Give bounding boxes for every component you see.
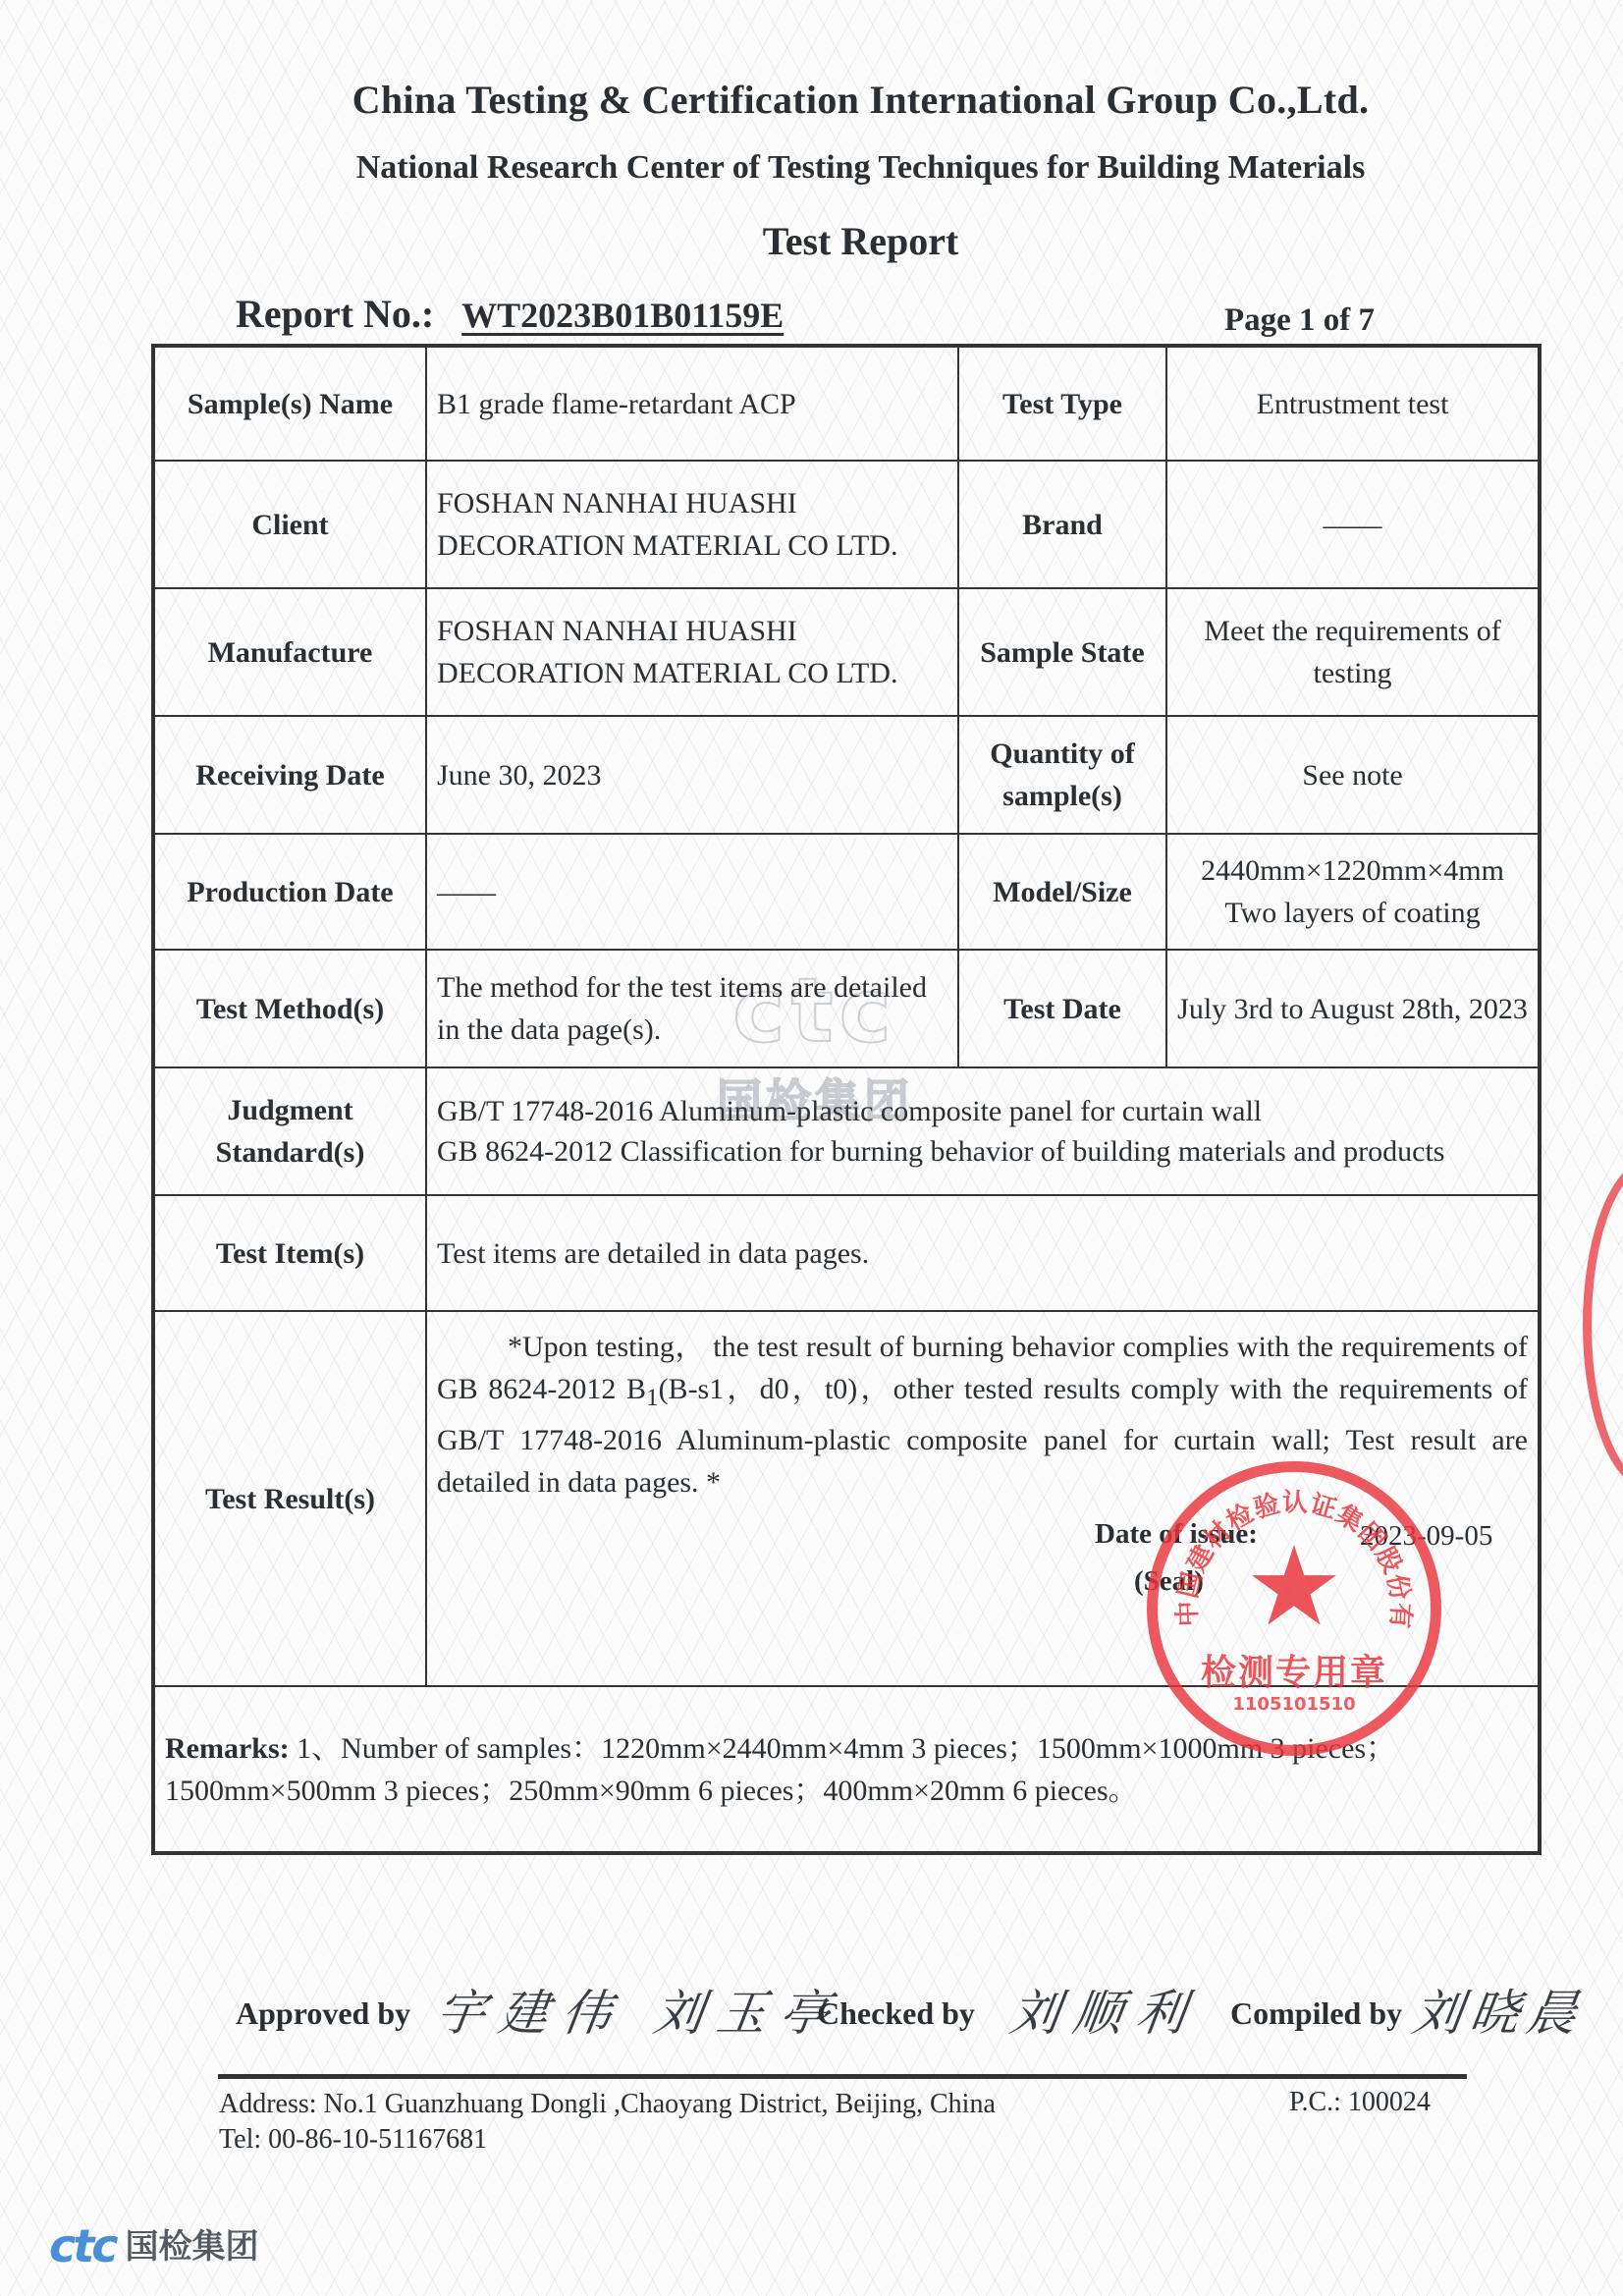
quantity-label: Quantity of sample(s) [958, 716, 1166, 834]
test-date-value: July 3rd to August 28th, 2023 [1166, 950, 1540, 1067]
table-row: Sample(s) Name B1 grade flame-retardant … [153, 346, 1540, 461]
seal-label: (Seal) [1134, 1560, 1204, 1603]
receiving-date-value: June 30, 2023 [426, 716, 958, 834]
table-row: Judgment Standard(s) GB/T 17748-2016 Alu… [153, 1067, 1540, 1195]
center-name: National Research Center of Testing Tech… [0, 149, 1623, 187]
table-row: Manufacture FOSHAN NANHAI HUASHI DECORAT… [153, 588, 1540, 716]
judgment-standard-value: GB/T 17748-2016 Aluminum-plastic composi… [426, 1067, 1540, 1195]
footer-postcode: P.C.: 100024 [1289, 2087, 1431, 2118]
test-date-label: Test Date [958, 950, 1166, 1067]
edge-seal-fragment [1583, 1159, 1623, 1491]
table-row: Test Item(s) Test items are detailed in … [153, 1195, 1540, 1311]
production-date-value: —— [426, 834, 958, 950]
remarks-text: 1、Number of samples：1220mm×2440mm×4mm 3 … [165, 1732, 1395, 1807]
test-result-value: *Upon testing， the test result of burnin… [426, 1311, 1540, 1686]
ctc-logo-mark: ctc [49, 2219, 116, 2272]
table-row: Production Date —— Model/Size 2440mm×122… [153, 834, 1540, 950]
judgment-standard-label: Judgment Standard(s) [153, 1067, 426, 1195]
brand-label: Brand [958, 461, 1166, 588]
compiled-signature: 刘晓晨 [1409, 1974, 1590, 2045]
compiled-by-label: Compiled by [1230, 1995, 1402, 2032]
table-row: Client FOSHAN NANHAI HUASHI DECORATION M… [153, 461, 1540, 588]
model-size-line1: 2440mm×1220mm×4mm [1177, 849, 1528, 892]
model-size-line2: Two layers of coating [1177, 892, 1528, 934]
signature-row: Approved by 宇建伟 刘玉亭 Checked by 刘顺利 Compi… [236, 1974, 1610, 2062]
report-number-value: WT2023B01B01159E [461, 296, 784, 335]
sample-name-label: Sample(s) Name [153, 346, 426, 461]
report-number: Report No.: WT2023B01B01159E [236, 291, 784, 337]
ctc-logo-cn: 国检集团 [126, 2227, 259, 2267]
receiving-date-label: Receiving Date [153, 716, 426, 834]
model-size-value: 2440mm×1220mm×4mm Two layers of coating [1166, 834, 1540, 950]
manufacture-value: FOSHAN NANHAI HUASHI DECORATION MATERIAL… [426, 588, 958, 716]
report-number-label: Report No.: [236, 292, 434, 336]
client-label: Client [153, 461, 426, 588]
test-items-value: Test items are detailed in data pages. [426, 1195, 1540, 1311]
issue-date-label: Date of issue: [1095, 1513, 1258, 1556]
judgment-standard-line2: GB 8624-2012 Classification for burning … [437, 1131, 1528, 1172]
sample-state-label: Sample State [958, 588, 1166, 716]
approved-by-label: Approved by [236, 1995, 410, 2032]
test-method-value: The method for the test items are detail… [426, 950, 958, 1067]
footer-divider [218, 2074, 1467, 2079]
document-title: Test Report [0, 218, 1623, 264]
checked-by-label: Checked by [817, 1995, 975, 2032]
page-indicator: Page 1 of 7 [1224, 302, 1375, 339]
footer-address-block: Address: No.1 Guanzhuang Dongli ,Chaoyan… [219, 2087, 996, 2158]
approved-signature: 宇建伟 刘玉亭 [432, 1974, 848, 2045]
remarks: Remarks: 1、Number of samples：1220mm×2440… [153, 1686, 1540, 1853]
table-row: Receiving Date June 30, 2023 Quantity of… [153, 716, 1540, 834]
client-value: FOSHAN NANHAI HUASHI DECORATION MATERIAL… [426, 461, 958, 588]
remarks-label: Remarks: [165, 1732, 290, 1765]
issue-date-value: 2023-09-05 [1360, 1515, 1492, 1558]
checked-signature: 刘顺利 [1006, 1974, 1205, 2045]
sample-state-value: Meet the requirements of testing [1166, 588, 1540, 716]
table-row: Test Result(s) *Upon testing， the test r… [153, 1311, 1540, 1686]
manufacture-label: Manufacture [153, 588, 426, 716]
judgment-standard-line1: GB/T 17748-2016 Aluminum-plastic composi… [437, 1091, 1528, 1131]
sample-name-value: B1 grade flame-retardant ACP [426, 346, 958, 461]
test-result-text: *Upon testing， the test result of burnin… [437, 1312, 1528, 1503]
test-result-label: Test Result(s) [153, 1311, 426, 1686]
brand-value: —— [1166, 461, 1540, 588]
ctc-logo: ctc国检集团 [49, 2219, 259, 2272]
footer-tel: Tel: 00-86-10-51167681 [219, 2122, 996, 2158]
company-name: China Testing & Certification Internatio… [0, 77, 1623, 123]
test-items-label: Test Item(s) [153, 1195, 426, 1311]
footer-address: Address: No.1 Guanzhuang Dongli ,Chaoyan… [219, 2087, 996, 2122]
table-row: Remarks: 1、Number of samples：1220mm×2440… [153, 1686, 1540, 1853]
table-row: Test Method(s) The method for the test i… [153, 950, 1540, 1067]
quantity-value: See note [1166, 716, 1540, 834]
test-method-label: Test Method(s) [153, 950, 426, 1067]
report-table: Sample(s) Name B1 grade flame-retardant … [151, 344, 1542, 1855]
test-result-subscript: 1 [646, 1385, 659, 1411]
issue-block: Date of issue: 2023-09-05 (Seal) [437, 1503, 1528, 1612]
model-size-label: Model/Size [958, 834, 1166, 950]
production-date-label: Production Date [153, 834, 426, 950]
test-type-label: Test Type [958, 346, 1166, 461]
test-type-value: Entrustment test [1166, 346, 1540, 461]
